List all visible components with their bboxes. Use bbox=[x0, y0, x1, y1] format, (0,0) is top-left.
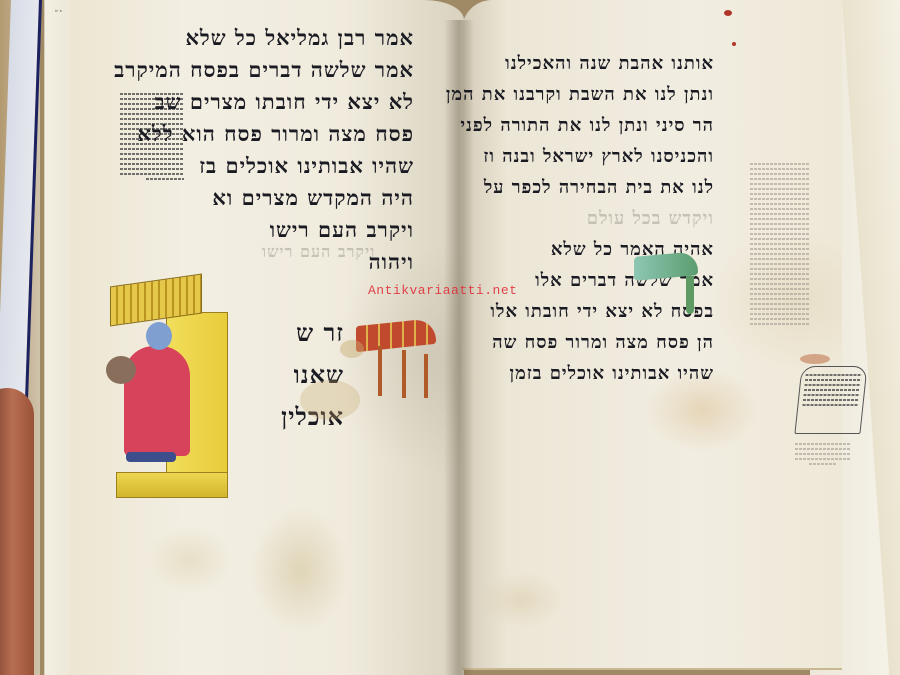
stain bbox=[732, 42, 736, 46]
stain bbox=[800, 354, 830, 364]
text-line: אותנו אהבת שנה והאכילנו bbox=[446, 48, 714, 79]
right-commentary-column bbox=[750, 160, 810, 360]
green-tassel bbox=[686, 276, 694, 314]
right-main-text: אותנו אהבת שנה והאכילנו ונתן לנו את השבת… bbox=[446, 48, 714, 389]
faded-line: ויקרב העם רישו bbox=[262, 242, 375, 261]
text-line: לנו את בית הבחירה לכפר על bbox=[446, 172, 714, 203]
framed-commentary-box bbox=[794, 366, 867, 434]
text-line: פסח מצה ומרור פסח הוא ללא bbox=[114, 118, 414, 150]
tassel bbox=[424, 354, 428, 398]
left-main-text: אמר רבן גמליאל כל שלא אמר שלשה דברים בפס… bbox=[114, 22, 414, 278]
tassel bbox=[402, 350, 406, 398]
right-page-edge bbox=[842, 0, 900, 675]
matzah-disc bbox=[106, 356, 136, 384]
watermark-text: Antikvariaatti.net bbox=[368, 283, 517, 298]
text-line: שהיו אבותינו אוכלים בז bbox=[114, 150, 414, 182]
text-line: לא יצא ידי חובתו מצרים שב bbox=[114, 86, 414, 118]
illumination-seated-figure bbox=[106, 276, 236, 501]
text-line: ונתן לנו את השבת וקרבנו את המן bbox=[446, 79, 714, 110]
left-faded-text: ויקרב העם רישו bbox=[262, 242, 375, 262]
margin-note: פ יא bbox=[55, 8, 62, 13]
text-line: והכניסנו לארץ ישראל ובנה וז bbox=[446, 141, 714, 172]
throne-base bbox=[116, 472, 228, 498]
figure-blue-hat bbox=[146, 322, 172, 350]
text-line: אמר רבן גמליאל כל שלא bbox=[114, 22, 414, 54]
thumb-holding-book bbox=[0, 388, 34, 675]
figure-feet bbox=[126, 452, 176, 462]
text-line: זר ש bbox=[281, 312, 344, 354]
stain bbox=[340, 340, 364, 358]
stain bbox=[724, 10, 732, 16]
text-line: הר סיני ונתן לנו את התורה לפני bbox=[446, 110, 714, 141]
text-line: אמר שלשה דברים בפסח המיקרב bbox=[114, 54, 414, 86]
stain bbox=[300, 380, 360, 420]
tassel bbox=[378, 346, 382, 396]
photo-scene: פ יא אמר רבן גמליאל כל שלא אמר שלשה דברי… bbox=[0, 0, 900, 675]
text-line-faded: ויקדש בכל עולם bbox=[446, 203, 714, 234]
right-commentary-tail bbox=[795, 440, 851, 490]
text-line: בפסח לא יצא ידי חובתו אלו bbox=[446, 296, 714, 327]
text-line: הן פסח מצה ומרור פסח שה bbox=[446, 327, 714, 358]
text-line: שהיו אבותינו אוכלים בזמן bbox=[446, 358, 714, 389]
text-line: היה המקדש מצרים וא bbox=[114, 182, 414, 214]
